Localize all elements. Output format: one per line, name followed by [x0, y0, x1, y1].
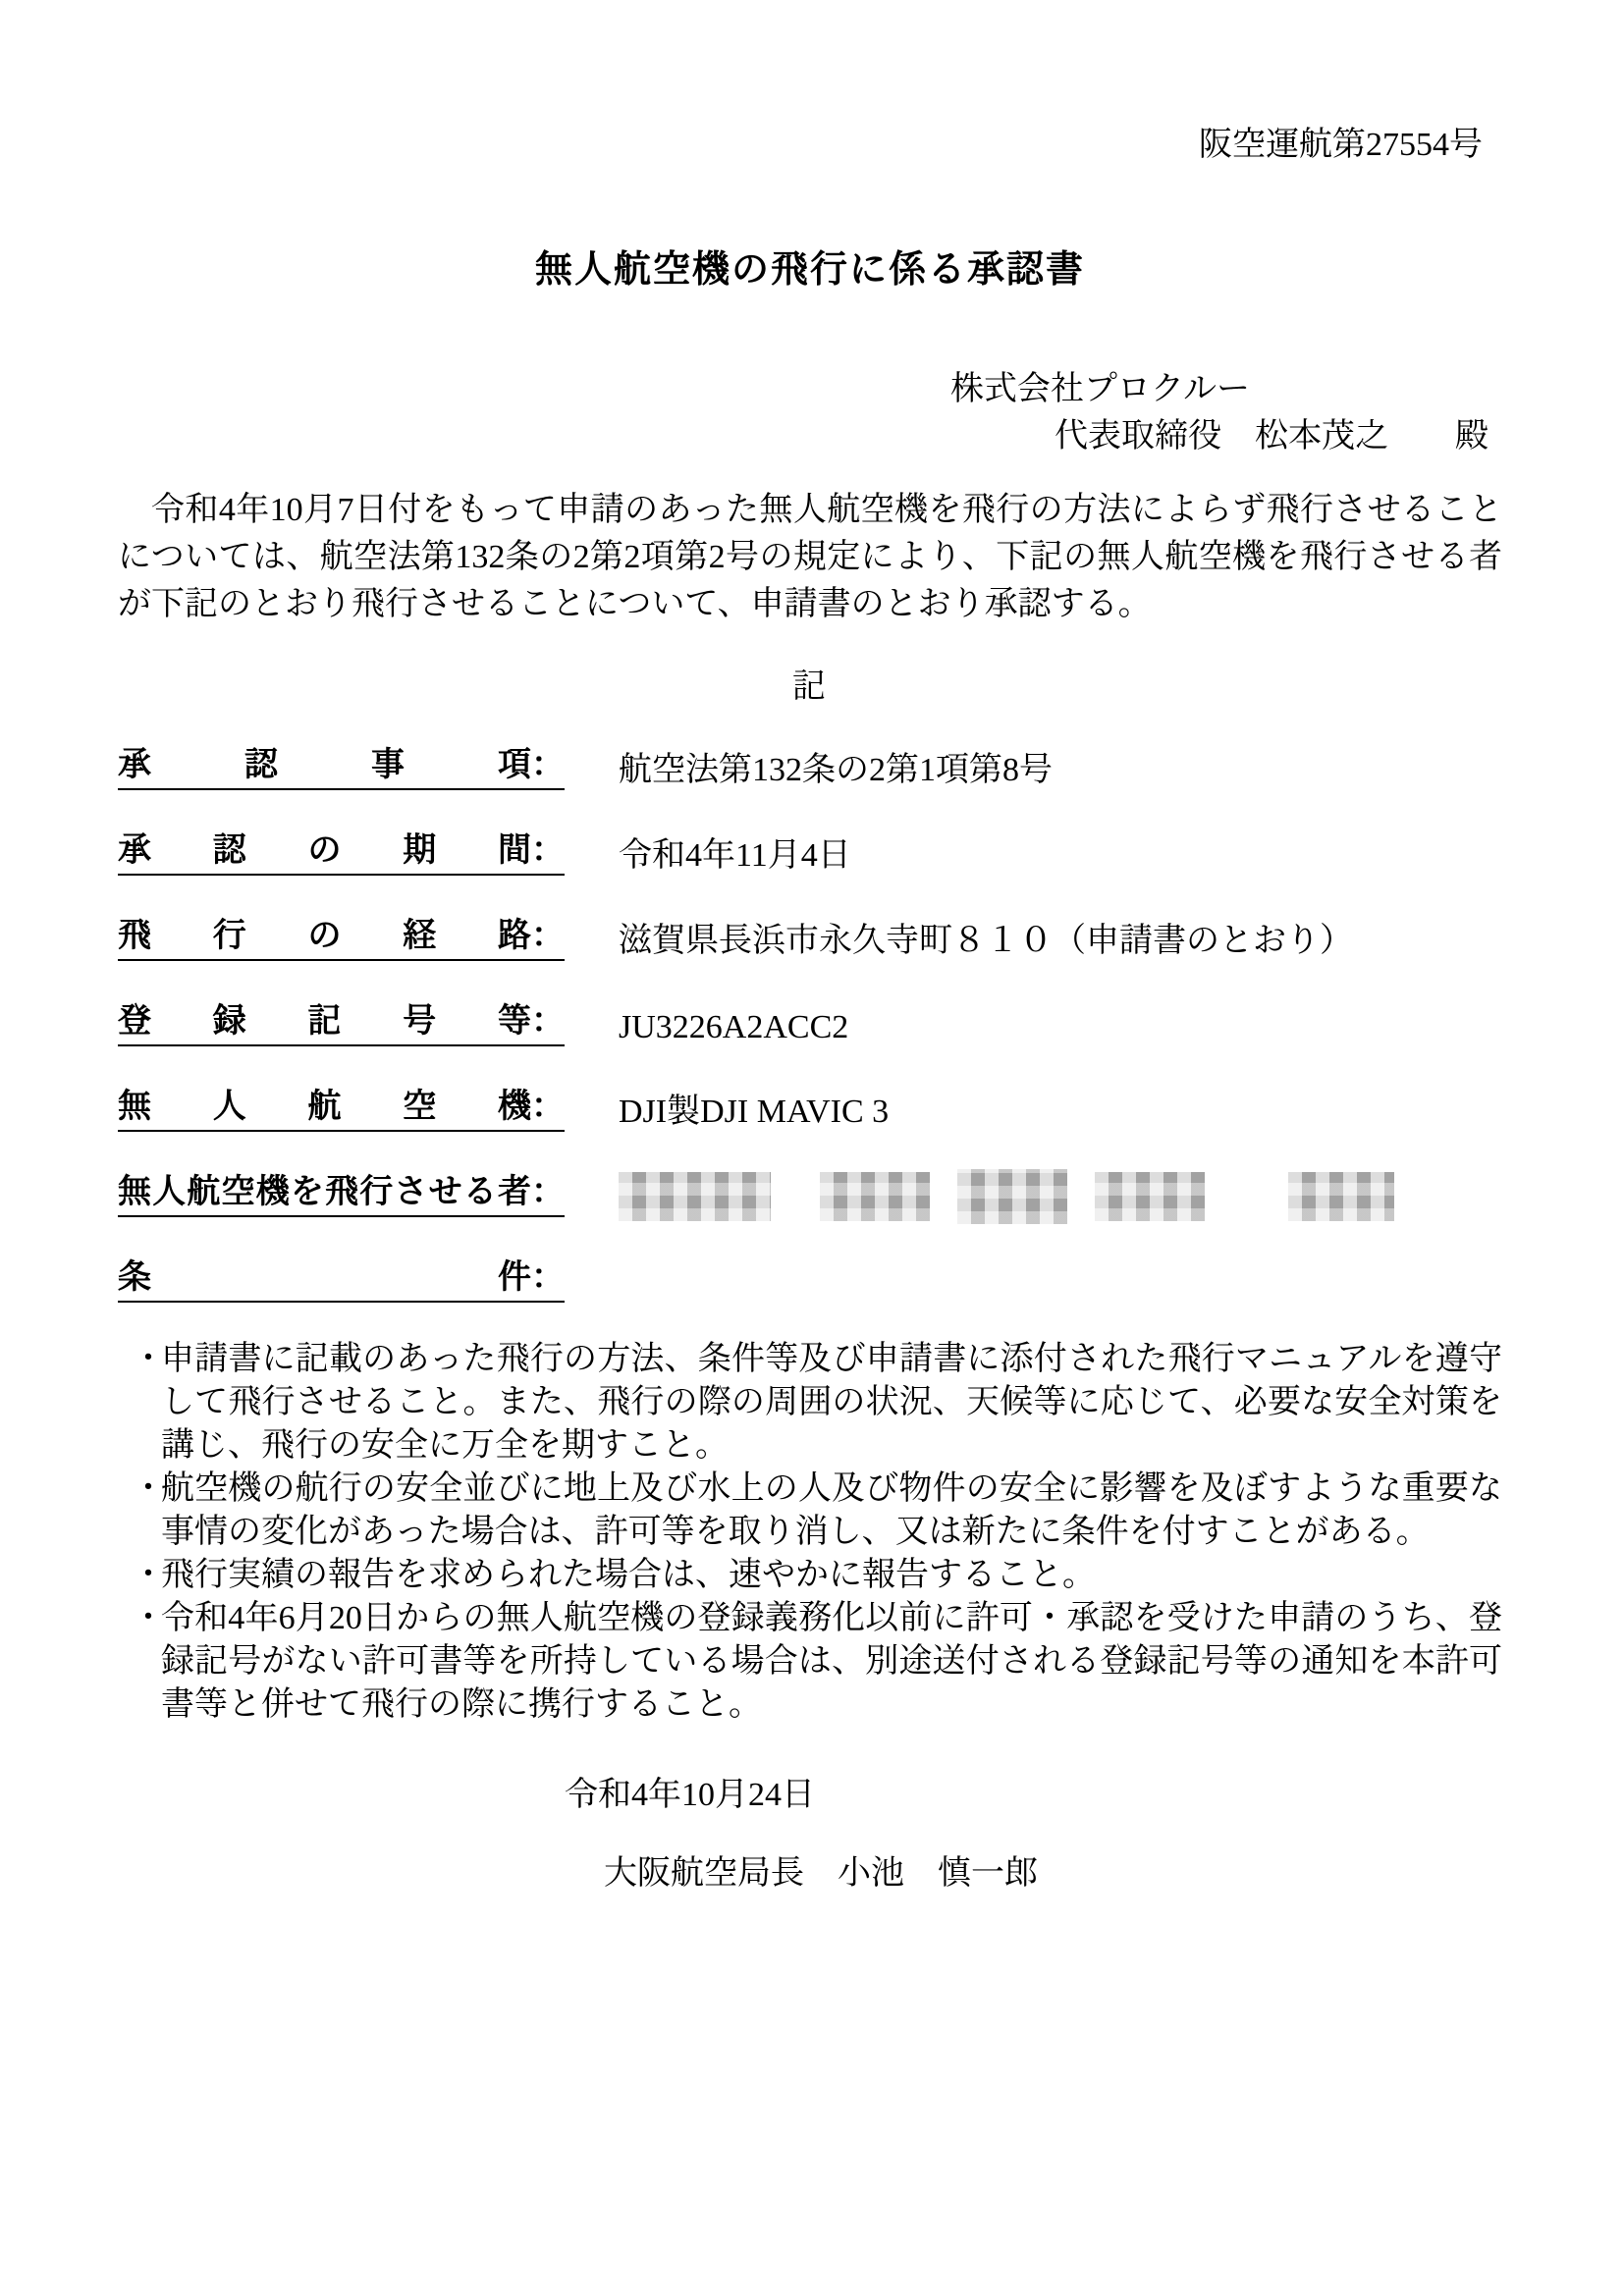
item-label-text: 承認事項 [118, 737, 531, 785]
item-label-colon: ： [531, 1079, 565, 1127]
issue-date: 令和4年10月24日 [118, 1774, 1502, 1817]
item-label-text: 飛行の経路 [118, 908, 531, 956]
item-value: DJI製DJI MAVIC 3 [619, 1084, 889, 1132]
redacted-text-block [1288, 1172, 1394, 1221]
item-label-text: 登録記号等 [118, 993, 531, 1041]
item-label-text: 無人航空機を飛行させる者 [118, 1164, 531, 1212]
condition-bullet: ・ [132, 1554, 161, 1597]
item-row: 無人航空機： DJI製DJI MAVIC 3 [118, 1079, 1502, 1132]
addressee-block: 株式会社プロクルー 代表取締役 松本茂之 殿 [950, 366, 1502, 460]
item-label: 承認事項： [118, 737, 565, 790]
condition-text: 飛行実績の報告を求められた場合は、速やかに報告すること。 [161, 1554, 1502, 1597]
addressee-representative: 代表取締役 松本茂之 殿 [950, 413, 1502, 460]
item-label-text: 無人航空機 [118, 1079, 531, 1127]
condition-bullet: ・ [132, 1468, 161, 1554]
item-label-text: 承認の期間 [118, 823, 531, 871]
item-row: 承認の期間： 令和4年11月4日 [118, 823, 1502, 876]
condition-item: ・ 飛行実績の報告を求められた場合は、速やかに報告すること。 [118, 1554, 1502, 1597]
item-label: 無人航空機： [118, 1079, 565, 1132]
item-row: 飛行の経路： 滋賀県長浜市永久寺町８１０（申請書のとおり） [118, 908, 1502, 961]
condition-item: ・ 航空機の航行の安全並びに地上及び水上の人及び物件の安全に影響を及ぼすような重… [118, 1468, 1502, 1554]
item-row: 登録記号等： JU3226A2ACC2 [118, 993, 1502, 1046]
signer: 大阪航空局長 小池 慎一郎 [118, 1852, 1502, 1896]
item-label-colon: ： [531, 823, 565, 871]
condition-text: 申請書に記載のあった飛行の方法、条件等及び申請書に添付された飛行マニュアルを遵守… [161, 1338, 1502, 1468]
conditions-list: ・ 申請書に記載のあった飛行の方法、条件等及び申請書に添付された飛行マニュアルを… [118, 1338, 1502, 1727]
item-label: 条件： [118, 1250, 565, 1303]
addressee-company: 株式会社プロクルー [950, 366, 1502, 413]
condition-text: 航空機の航行の安全並びに地上及び水上の人及び物件の安全に影響を及ぼすような重要な… [161, 1468, 1502, 1554]
approval-items-list: 承認事項： 航空法第132条の2第1項第8号 承認の期間： 令和4年11月4日 … [118, 737, 1502, 1303]
item-value [619, 1176, 1394, 1217]
section-marker: 記 [118, 666, 1502, 709]
item-value: JU3226A2ACC2 [619, 1009, 848, 1046]
item-label-colon: ： [531, 737, 565, 785]
item-row: 承認事項： 航空法第132条の2第1項第8号 [118, 737, 1502, 790]
item-label: 登録記号等： [118, 993, 565, 1046]
item-label: 承認の期間： [118, 823, 565, 876]
item-label: 無人航空機を飛行させる者： [118, 1164, 565, 1217]
approval-document-page: 阪空運航第27554号 無人航空機の飛行に係る承認書 株式会社プロクルー 代表取… [0, 0, 1623, 2296]
body-paragraph: 令和4年10月7日付をもって申請のあった無人航空機を飛行の方法によらず飛行させる… [118, 487, 1502, 628]
redacted-text-block [820, 1172, 930, 1221]
condition-bullet: ・ [132, 1597, 161, 1727]
item-label-colon: ： [531, 1164, 565, 1212]
doc-number: 阪空運航第27554号 [118, 126, 1502, 165]
item-row: 条件： [118, 1250, 1502, 1303]
item-value: 令和4年11月4日 [619, 828, 851, 876]
condition-bullet: ・ [132, 1338, 161, 1468]
condition-item: ・ 申請書に記載のあった飛行の方法、条件等及び申請書に添付された飛行マニュアルを… [118, 1338, 1502, 1468]
item-label-colon: ： [531, 993, 565, 1041]
item-value: 滋賀県長浜市永久寺町８１０（申請書のとおり） [619, 913, 1353, 961]
item-value: 航空法第132条の2第1項第8号 [619, 742, 1053, 790]
item-label-text: 条件 [118, 1250, 531, 1298]
page-title: 無人航空機の飛行に係る承認書 [118, 248, 1502, 292]
redacted-text-block [957, 1169, 1067, 1224]
condition-text: 令和4年6月20日からの無人航空機の登録義務化以前に許可・承認を受けた申請のうち… [161, 1597, 1502, 1727]
item-label: 飛行の経路： [118, 908, 565, 961]
item-label-colon: ： [531, 908, 565, 956]
redacted-text-block [1095, 1172, 1205, 1221]
item-label-colon: ： [531, 1250, 565, 1298]
redacted-text-block [619, 1172, 771, 1221]
condition-item: ・ 令和4年6月20日からの無人航空機の登録義務化以前に許可・承認を受けた申請の… [118, 1597, 1502, 1727]
item-row: 無人航空機を飛行させる者： [118, 1164, 1502, 1217]
